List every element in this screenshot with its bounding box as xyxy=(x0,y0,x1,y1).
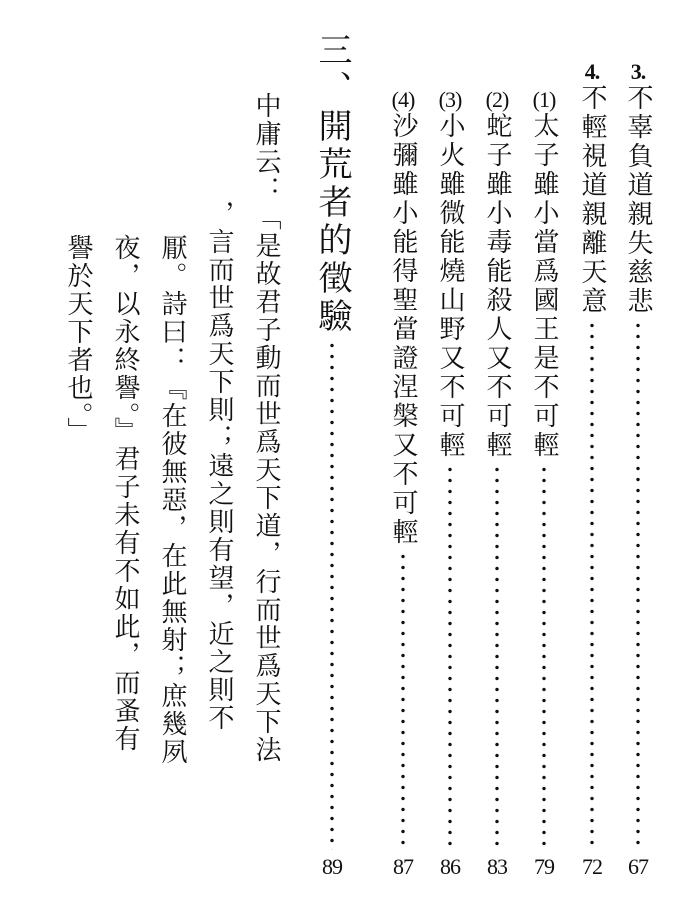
toc-entry-page: 67 xyxy=(628,854,648,880)
toc-entry-page: 87 xyxy=(393,854,413,880)
dot-leader xyxy=(542,464,546,850)
section-number: 三、 xyxy=(313,32,351,108)
toc-entry-page: 83 xyxy=(487,854,507,880)
toc-entry-4-4[interactable]: (4) 沙彌雖小能得聖當證涅槃又不可輕 87 xyxy=(386,88,420,880)
toc-entry-page: 79 xyxy=(534,854,554,880)
section-title: 開荒者的徵驗 xyxy=(313,108,351,336)
dot-leader xyxy=(448,464,452,850)
toc-entry-number: (2) xyxy=(486,88,509,112)
dot-leader xyxy=(401,551,405,850)
toc-entry-page: 86 xyxy=(440,854,460,880)
dot-leader xyxy=(495,464,499,850)
toc-entry-title: 不輕視道親離天意 xyxy=(577,84,607,316)
toc-entry-title: 蛇子雖小毒能殺人又不可輕 xyxy=(482,112,512,460)
body-text-line-2: ，言而世爲天下則；遠之則有望，近之則不 xyxy=(204,200,234,732)
toc-entry-title: 小火雖微能燒山野又不可輕 xyxy=(435,112,465,460)
toc-entry-4[interactable]: 4. 不輕視道親離天意 72 xyxy=(575,60,609,880)
toc-entry-number: (3) xyxy=(439,88,462,112)
toc-entry-4-3[interactable]: (3) 小火雖微能燒山野又不可輕 86 xyxy=(433,88,467,880)
toc-section-heading[interactable]: 三、 開荒者的徵驗 89 xyxy=(310,32,354,880)
body-text-line-5: 譽於天下者也。」 xyxy=(63,234,93,445)
toc-entry-page: 72 xyxy=(582,854,602,880)
dot-leader xyxy=(636,320,640,850)
toc-entry-title: 不辜負道親失慈悲 xyxy=(623,84,653,316)
toc-entry-title: 沙彌雖小能得聖當證涅槃又不可輕 xyxy=(388,112,418,547)
toc-entry-page: 89 xyxy=(322,854,342,880)
dot-leader xyxy=(330,340,334,850)
body-text-line-1: 中庸云：「是故君子動而世爲天下道，行而世爲天下法 xyxy=(251,92,281,764)
toc-entry-number: 4. xyxy=(585,60,600,84)
toc-entry-number: 3. xyxy=(631,60,646,84)
toc-entry-number: (1) xyxy=(533,88,556,112)
body-text-line-3: 厭。詩曰：『在彼無惡，在此無射；庶幾夙 xyxy=(157,234,187,766)
toc-entry-title: 太子雖小當爲國王是不可輕 xyxy=(529,112,559,460)
body-text-line-4: 夜，以永終譽。』君子未有不如此，而蚤有 xyxy=(110,234,140,753)
toc-entry-3[interactable]: 3. 不辜負道親失慈悲 67 xyxy=(621,60,655,880)
dot-leader xyxy=(590,320,594,850)
toc-entry-number: (4) xyxy=(392,88,415,112)
toc-entry-4-1[interactable]: (1) 太子雖小當爲國王是不可輕 79 xyxy=(527,88,561,880)
toc-entry-4-2[interactable]: (2) 蛇子雖小毒能殺人又不可輕 83 xyxy=(480,88,514,880)
